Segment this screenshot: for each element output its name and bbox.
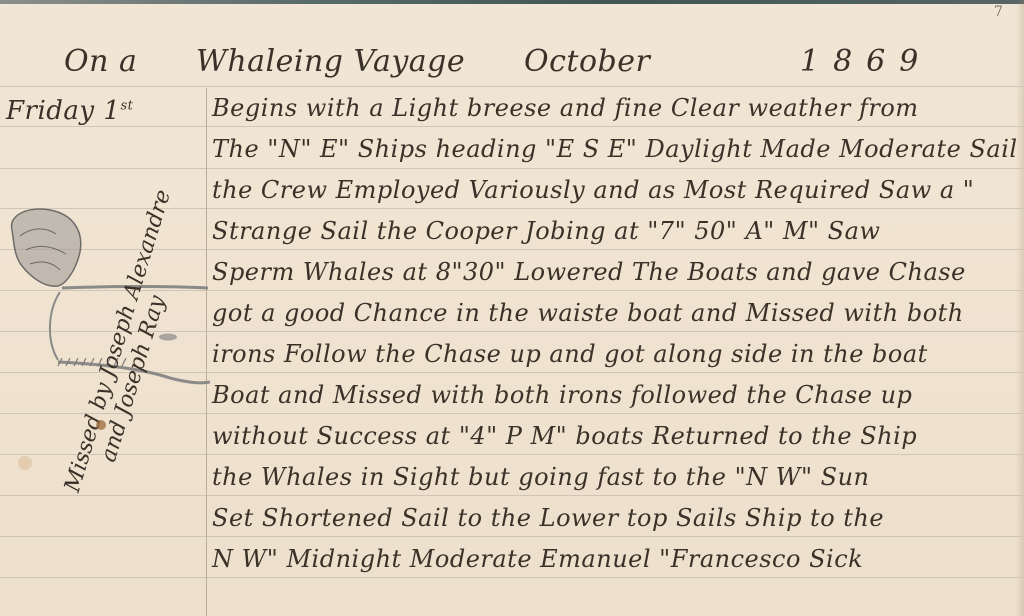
entry-line-2: The "N" E" Ships heading "E S E" Dayligh… <box>212 135 1012 163</box>
entry-line-6: got a good Chance in the waiste boat and… <box>212 299 1012 327</box>
logbook-page: 7 On a Whaleing Vayage October 1869 Frid… <box>0 0 1024 616</box>
entry-line-5: Sperm Whales at 8"30" Lowered The Boats … <box>212 258 1012 286</box>
ruled-line <box>0 86 1024 87</box>
ruled-line <box>0 495 1024 496</box>
entry-line-1: Begins with a Light breese and fine Clea… <box>212 94 1012 122</box>
entry-line-12: N W" Midnight Moderate Emanuel "Francesc… <box>212 545 1012 573</box>
entry-line-3: the Crew Employed Variously and as Most … <box>212 176 1012 204</box>
fluke-left-edge <box>50 292 60 360</box>
margin-date-suffix: st <box>120 98 133 113</box>
ruled-line <box>0 168 1024 169</box>
ruled-line <box>0 536 1024 537</box>
entry-line-11: Set Shortened Sail to the Lower top Sail… <box>212 504 1012 532</box>
heading-month: October <box>524 44 650 79</box>
entry-line-4: Strange Sail the Cooper Jobing at "7" 50… <box>212 217 1012 245</box>
entry-line-7: irons Follow the Chase up and got along … <box>212 340 1012 368</box>
heading-prefix: On a <box>64 44 137 79</box>
fluke-mark <box>159 334 177 341</box>
entry-line-9: without Success at "4" P M" boats Return… <box>212 422 1012 450</box>
page-number: 7 <box>994 4 1003 20</box>
ruled-line <box>0 577 1024 578</box>
binding-edge <box>0 0 1024 4</box>
margin-day: Friday <box>6 96 95 126</box>
entry-line-10: the Whales in Sight but going fast to th… <box>212 463 1012 491</box>
ruled-line <box>0 413 1024 414</box>
ruled-line <box>0 126 1024 127</box>
heading-year: 1869 <box>800 44 932 79</box>
page-edge-shadow <box>1016 0 1024 616</box>
splash-scribble <box>12 209 81 286</box>
ruled-line <box>0 454 1024 455</box>
ink-stain <box>96 420 106 430</box>
paper-stain <box>18 456 32 470</box>
margin-date-number: 1 <box>103 96 120 126</box>
entry-line-8: Boat and Missed with both irons followed… <box>212 381 1012 409</box>
heading-title: Whaleing Vayage <box>196 44 465 79</box>
margin-date: Friday 1st <box>6 96 133 126</box>
